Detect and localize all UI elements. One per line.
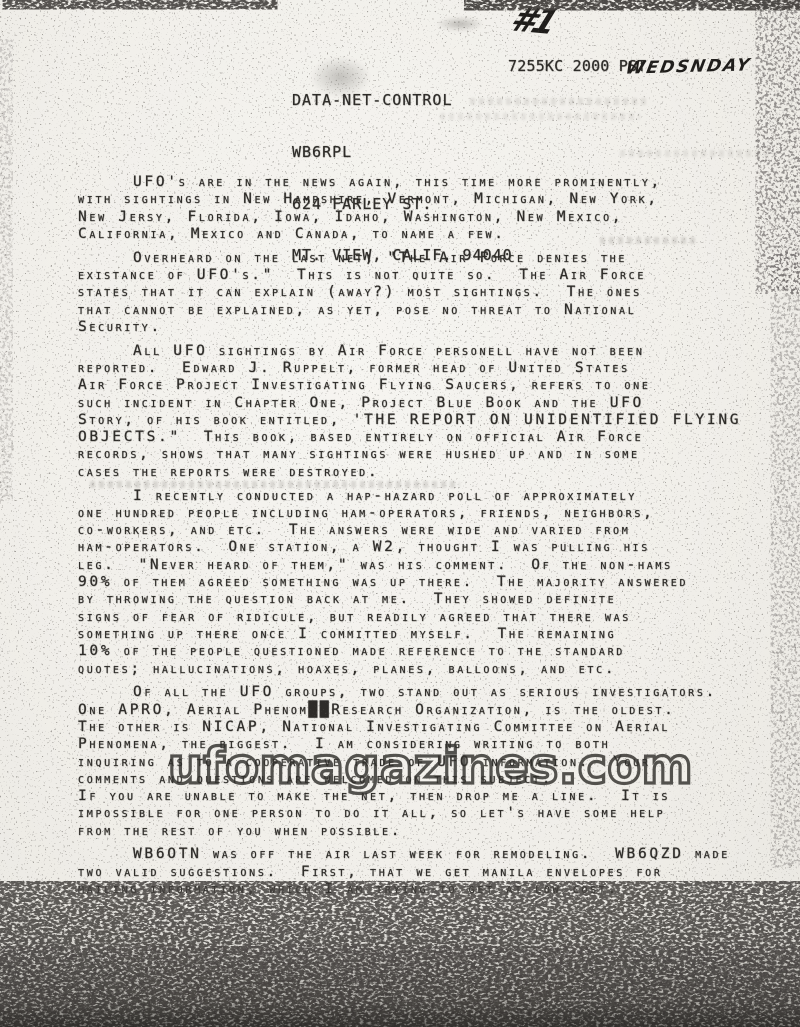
text-line: All UFO sightings by Air Force personell… <box>78 343 768 360</box>
organization-name: DATA-NET-CONTROL <box>292 92 513 109</box>
text-line: Story, of his book entitled, 'THE REPORT… <box>78 412 768 429</box>
text-line: 10% of the people questioned made refere… <box>78 643 768 660</box>
handwritten-day: WEDSNDAY <box>624 55 753 78</box>
text-line: OBJECTS." This book, based entirely on o… <box>78 429 768 446</box>
text-line: WB6OTN was off the air last week for rem… <box>78 846 768 863</box>
text-line: Air Force Project Investigating Flying S… <box>78 377 768 394</box>
text-line: states that it can explain (away?) most … <box>78 284 768 301</box>
text-line: leg. "Never heard of them," was his comm… <box>78 557 768 574</box>
text-line: quotes; hallucinations, hoaxes, planes, … <box>78 661 768 678</box>
paragraph: Overheard on the last net; "The Air Forc… <box>78 250 768 336</box>
text-line: one hundred people including ham-operato… <box>78 505 768 522</box>
text-line: New Jersy, Florida, Iowa, Idaho, Washing… <box>78 209 768 226</box>
text-line: two valid suggestions. First, that we ge… <box>78 864 768 881</box>
text-line: from the rest of you when possible. <box>78 823 768 840</box>
text-line: such incident in Chapter One, Project Bl… <box>78 395 768 412</box>
callsign: WB6RPL <box>292 144 513 161</box>
text-line: I recently conducted a hap-hazard poll o… <box>78 488 768 505</box>
scanned-newsletter-page: DATA-NET-CONTROL WB6RPL 624 FARLEY ST. M… <box>0 0 800 1027</box>
text-line: cases the reports were destroyed. <box>78 464 768 481</box>
document-body: UFO's are in the news again, this time m… <box>78 174 768 905</box>
paragraph: I recently conducted a hap-hazard poll o… <box>78 488 768 678</box>
text-line: The other is NICAP, National Investigati… <box>78 719 768 736</box>
text-line: by throwing the question back at me. The… <box>78 591 768 608</box>
watermark: ufomagazines.com <box>168 742 693 791</box>
paragraph: WB6OTN was off the air last week for rem… <box>78 846 768 898</box>
text-line: mailing information, which I am trying t… <box>78 881 768 898</box>
text-line: something up there once I committed myse… <box>78 626 768 643</box>
text-line: UFO's are in the news again, this time m… <box>78 174 768 191</box>
text-line: existance of UFO's." This is not quite s… <box>78 267 768 284</box>
text-line: impossible for one person to do it all, … <box>78 805 768 822</box>
text-line: ham-operators. One station, a W2, though… <box>78 539 768 556</box>
text-line: with sightings in New Hampshire, Vermont… <box>78 191 768 208</box>
text-line: Overheard on the last net; "The Air Forc… <box>78 250 768 267</box>
text-line: 90% of them agreed something was up ther… <box>78 574 768 591</box>
text-line: Of all the UFO groups, two stand out as … <box>78 684 768 701</box>
text-line: records, shows that many sightings were … <box>78 446 768 463</box>
text-line: co-workers, and etc. The answers were wi… <box>78 522 768 539</box>
text-line: California, Mexico and Canada, to name a… <box>78 226 768 243</box>
paragraph: All UFO sightings by Air Force personell… <box>78 343 768 481</box>
text-line: One APRO, Aerial Phenom██Research Organi… <box>78 702 768 719</box>
text-line: Security. <box>78 319 768 336</box>
text-line: signs of fear of ridicule, but readily a… <box>78 609 768 626</box>
text-line: reported. Edward J. Ruppelt, former head… <box>78 360 768 377</box>
text-line: that cannot be explained, as yet, pose n… <box>78 302 768 319</box>
paragraph: UFO's are in the news again, this time m… <box>78 174 768 243</box>
